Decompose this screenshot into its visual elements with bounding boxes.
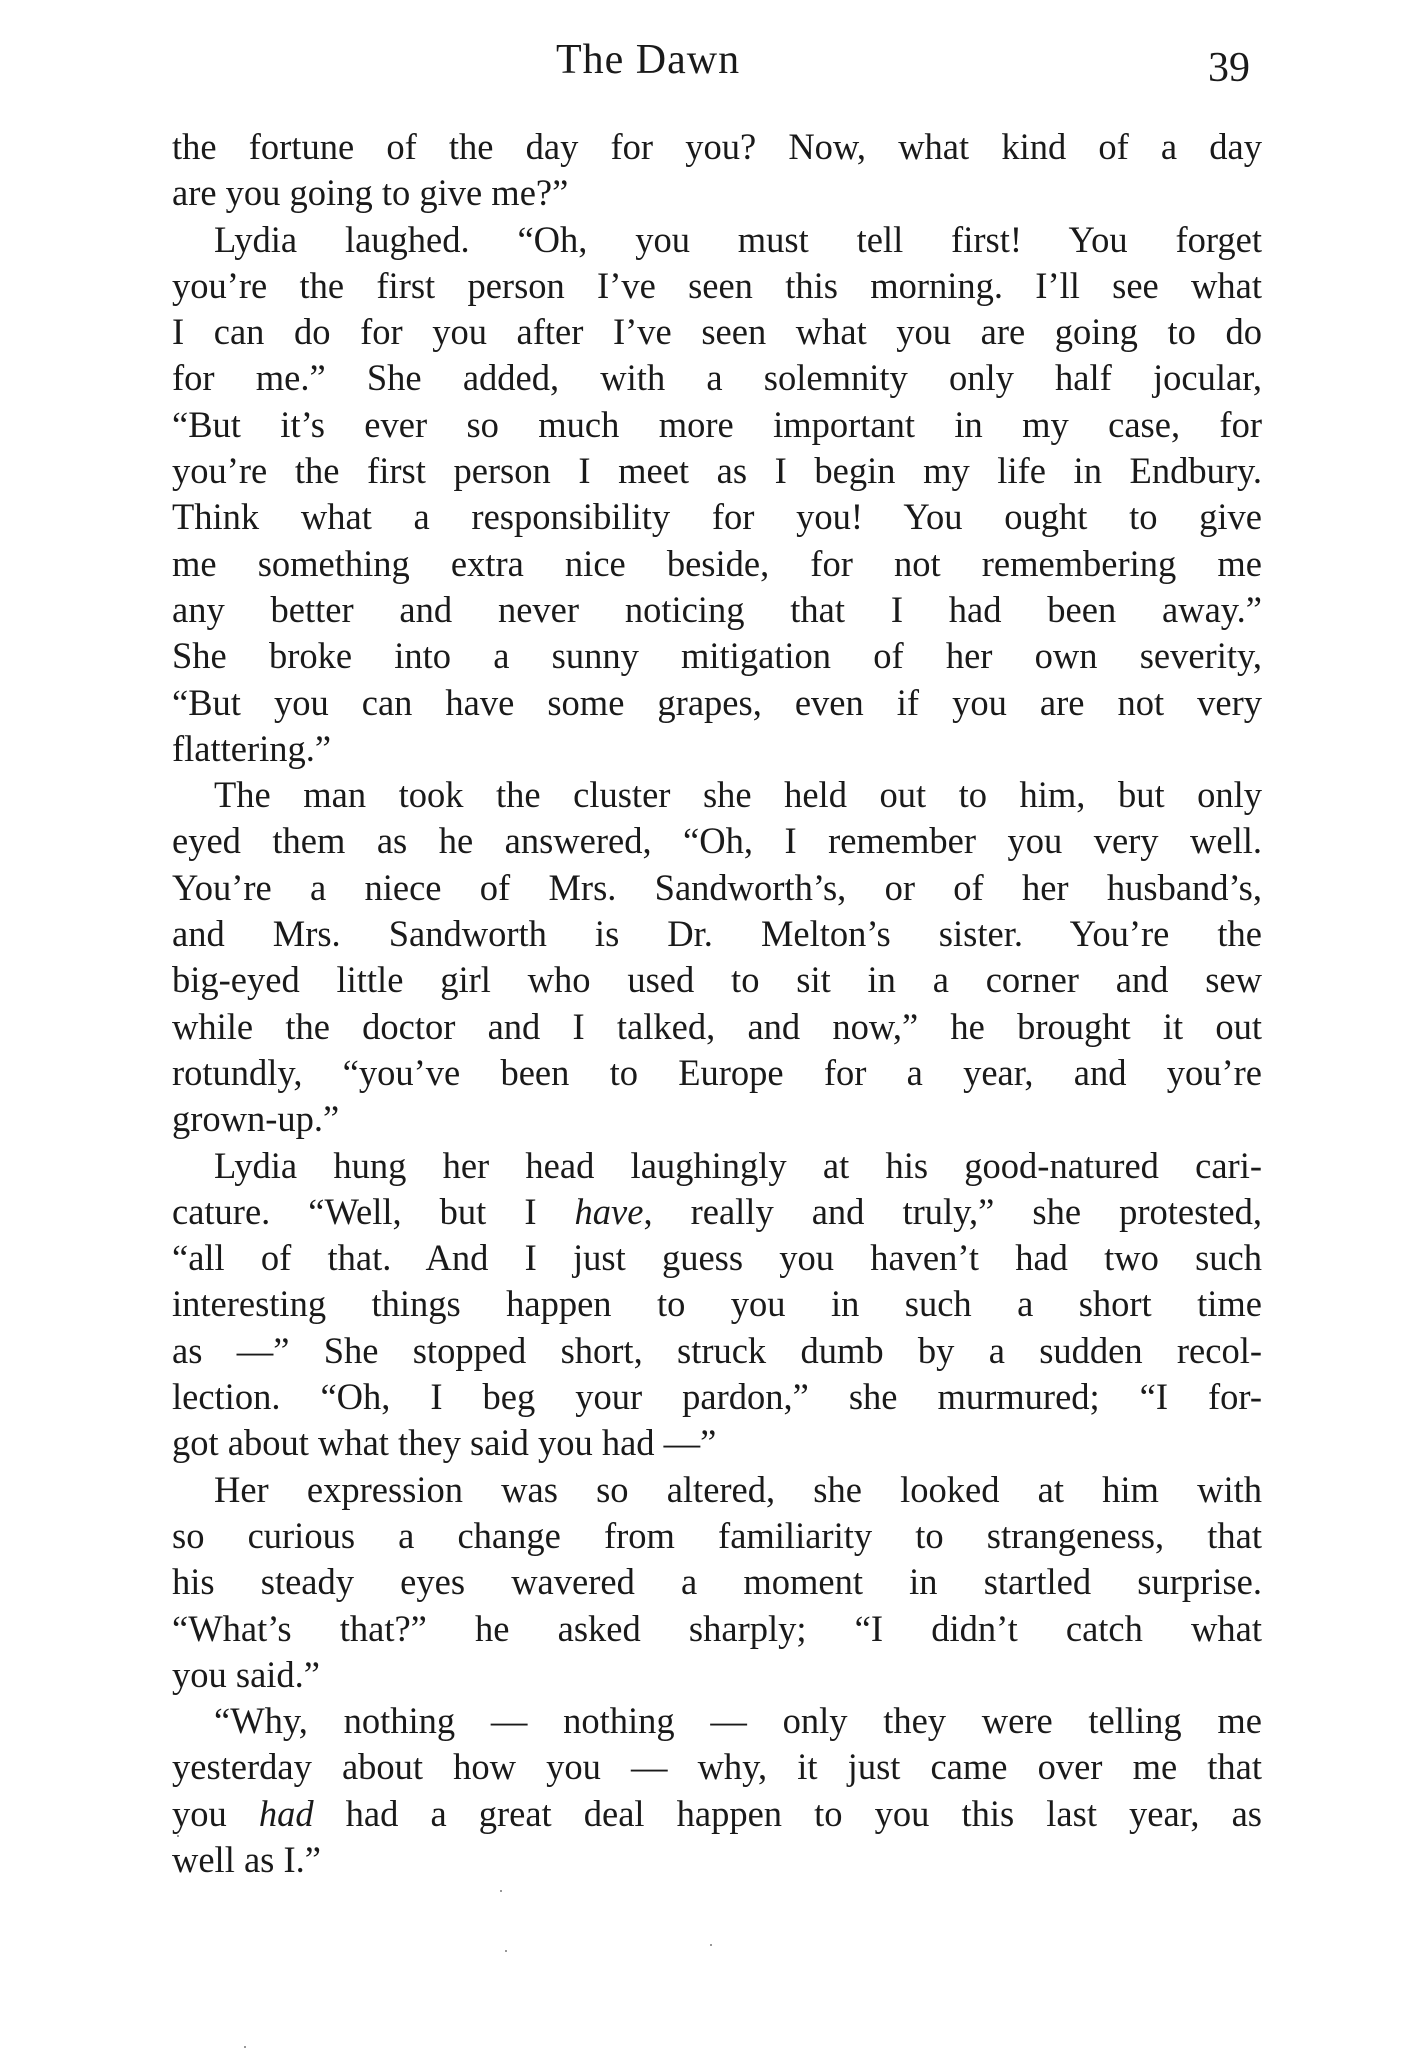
text-line: big-eyed little girl who used to sit in …: [172, 957, 1262, 1003]
text-line: lection. “Oh, I beg your pardon,” she mu…: [172, 1374, 1262, 1420]
text-line: the fortune of the day for you? Now, wha…: [172, 124, 1262, 170]
text-line: and Mrs. Sandworth is Dr. Melton’s siste…: [172, 911, 1262, 957]
text-line: Think what a responsibility for you! You…: [172, 494, 1262, 540]
scan-speck: [244, 2046, 246, 2048]
text-line: you’re the first person I’ve seen this m…: [172, 263, 1262, 309]
body-text: the fortune of the day for you? Now, wha…: [172, 124, 1262, 1883]
book-page: The Dawn 39 the fortune of the day for y…: [0, 0, 1408, 2057]
scan-speck: [710, 1944, 712, 1946]
text-line: You’re a niece of Mrs. Sandworth’s, or o…: [172, 865, 1262, 911]
text-line: The man took the cluster she held out to…: [172, 772, 1262, 818]
text-line: yesterday about how you — why, it just c…: [172, 1744, 1262, 1790]
text-line: “But you can have some grapes, even if y…: [172, 680, 1262, 726]
scan-speck: [500, 1890, 502, 1892]
italic-emphasis: have: [575, 1191, 644, 1232]
running-head-title: The Dawn: [556, 36, 740, 84]
text-line: well as I.”: [172, 1837, 1262, 1883]
text-line: rotundly, “you’ve been to Europe for a y…: [172, 1050, 1262, 1096]
text-line: any better and never noticing that I had…: [172, 587, 1262, 633]
text-line: “But it’s ever so much more important in…: [172, 402, 1262, 448]
text-line: eyed them as he answered, “Oh, I remembe…: [172, 818, 1262, 864]
text-line: interesting things happen to you in such…: [172, 1281, 1262, 1327]
text-line: Her expression was so altered, she looke…: [172, 1467, 1262, 1513]
italic-emphasis: had: [259, 1793, 314, 1834]
page-number: 39: [1208, 44, 1250, 92]
text-line: “Why, nothing — nothing — only they were…: [172, 1698, 1262, 1744]
text-line: I can do for you after I’ve seen what yo…: [172, 309, 1262, 355]
running-head: The Dawn 39: [0, 36, 1408, 96]
text-line: you had had a great deal happen to you t…: [172, 1791, 1262, 1837]
text-line: are you going to give me?”: [172, 170, 1262, 216]
text-line: so curious a change from familiarity to …: [172, 1513, 1262, 1559]
scan-speck: [505, 1950, 507, 1952]
text-line: you said.”: [172, 1652, 1262, 1698]
text-line: Lydia laughed. “Oh, you must tell first!…: [172, 217, 1262, 263]
text-line: cature. “Well, but I have, really and tr…: [172, 1189, 1262, 1235]
text-line: me something extra nice beside, for not …: [172, 541, 1262, 587]
text-line: flattering.”: [172, 726, 1262, 772]
text-line: as —” She stopped short, struck dumb by …: [172, 1328, 1262, 1374]
text-line: “all of that. And I just guess you haven…: [172, 1235, 1262, 1281]
text-line: you’re the first person I meet as I begi…: [172, 448, 1262, 494]
text-line: while the doctor and I talked, and now,”…: [172, 1004, 1262, 1050]
scan-speck: [177, 1835, 179, 1837]
text-line: She broke into a sunny mitigation of her…: [172, 633, 1262, 679]
text-line: for me.” She added, with a solemnity onl…: [172, 355, 1262, 401]
text-line: Lydia hung her head laughingly at his go…: [172, 1143, 1262, 1189]
text-line: his steady eyes wavered a moment in star…: [172, 1559, 1262, 1605]
text-line: grown-up.”: [172, 1096, 1262, 1142]
text-line: got about what they said you had —”: [172, 1420, 1262, 1466]
text-line: “What’s that?” he asked sharply; “I didn…: [172, 1606, 1262, 1652]
